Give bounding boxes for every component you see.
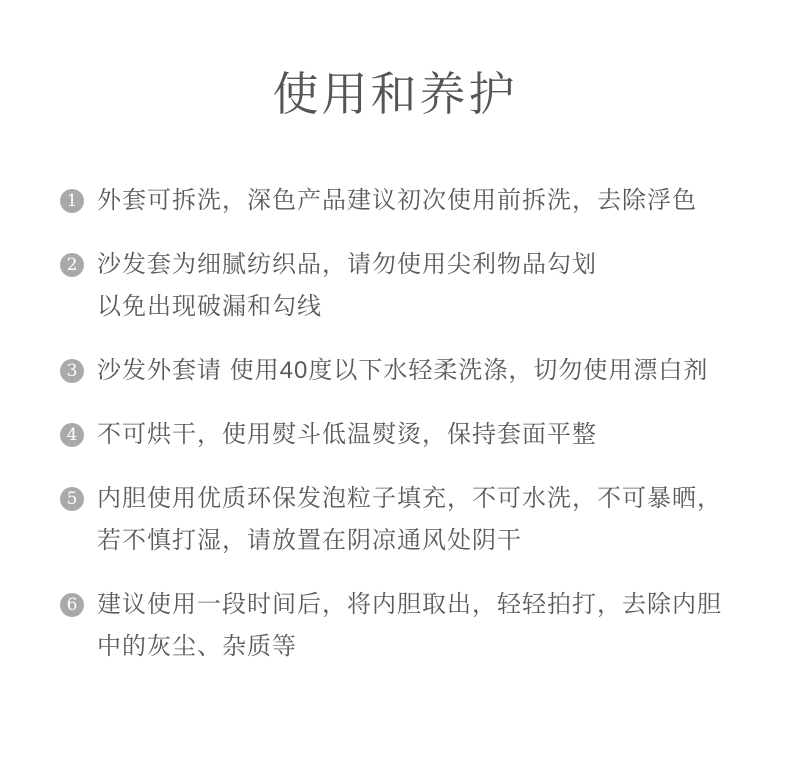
care-item: 4 不可烘干，使用熨斗低温熨烫，保持套面平整 [60, 414, 790, 456]
care-item-text: 以免出现破漏和勾线 [97, 286, 597, 328]
care-item-lines: 建议使用一段时间后，将内胆取出，轻轻拍打，去除内胆 中的灰尘、杂质等 [97, 584, 722, 668]
care-item: 1 外套可拆洗，深色产品建议初次使用前拆洗，去除浮色 [60, 180, 790, 222]
care-item-lines: 不可烘干，使用熨斗低温熨烫，保持套面平整 [97, 414, 597, 456]
care-instructions-page: 使用和养护 1 外套可拆洗，深色产品建议初次使用前拆洗，去除浮色 2 沙发套为细… [0, 58, 790, 668]
page-title: 使用和养护 [0, 58, 790, 124]
care-item-text: 中的灰尘、杂质等 [97, 626, 722, 668]
item-number-badge: 4 [60, 423, 84, 447]
item-number-badge: 3 [60, 359, 84, 383]
care-item-text: 沙发套为细腻纺织品，请勿使用尖利物品勾划 [97, 244, 597, 286]
care-items-list: 1 外套可拆洗，深色产品建议初次使用前拆洗，去除浮色 2 沙发套为细腻纺织品，请… [60, 180, 790, 668]
item-number-badge: 6 [60, 593, 84, 617]
care-item: 2 沙发套为细腻纺织品，请勿使用尖利物品勾划 以免出现破漏和勾线 [60, 244, 790, 328]
care-item-text: 不可烘干，使用熨斗低温熨烫，保持套面平整 [97, 414, 597, 456]
care-item: 5 内胆使用优质环保发泡粒子填充，不可水洗，不可暴晒， 若不慎打湿，请放置在阴凉… [60, 478, 790, 562]
item-number-badge: 1 [60, 189, 84, 213]
care-item-text: 沙发外套请 使用40度以下水轻柔洗涤，切勿使用漂白剂 [97, 350, 708, 392]
care-item-text: 内胆使用优质环保发泡粒子填充，不可水洗，不可暴晒， [97, 478, 722, 520]
care-item-lines: 沙发外套请 使用40度以下水轻柔洗涤，切勿使用漂白剂 [97, 350, 708, 392]
item-number-badge: 5 [60, 487, 84, 511]
care-item-lines: 外套可拆洗，深色产品建议初次使用前拆洗，去除浮色 [97, 180, 697, 222]
care-item: 6 建议使用一段时间后，将内胆取出，轻轻拍打，去除内胆 中的灰尘、杂质等 [60, 584, 790, 668]
care-item: 3 沙发外套请 使用40度以下水轻柔洗涤，切勿使用漂白剂 [60, 350, 790, 392]
care-item-text: 若不慎打湿，请放置在阴凉通风处阴干 [97, 520, 722, 562]
care-item-text: 外套可拆洗，深色产品建议初次使用前拆洗，去除浮色 [97, 180, 697, 222]
care-item-lines: 沙发套为细腻纺织品，请勿使用尖利物品勾划 以免出现破漏和勾线 [97, 244, 597, 328]
item-number-badge: 2 [60, 253, 84, 277]
care-item-lines: 内胆使用优质环保发泡粒子填充，不可水洗，不可暴晒， 若不慎打湿，请放置在阴凉通风… [97, 478, 722, 562]
care-item-text: 建议使用一段时间后，将内胆取出，轻轻拍打，去除内胆 [97, 584, 722, 626]
